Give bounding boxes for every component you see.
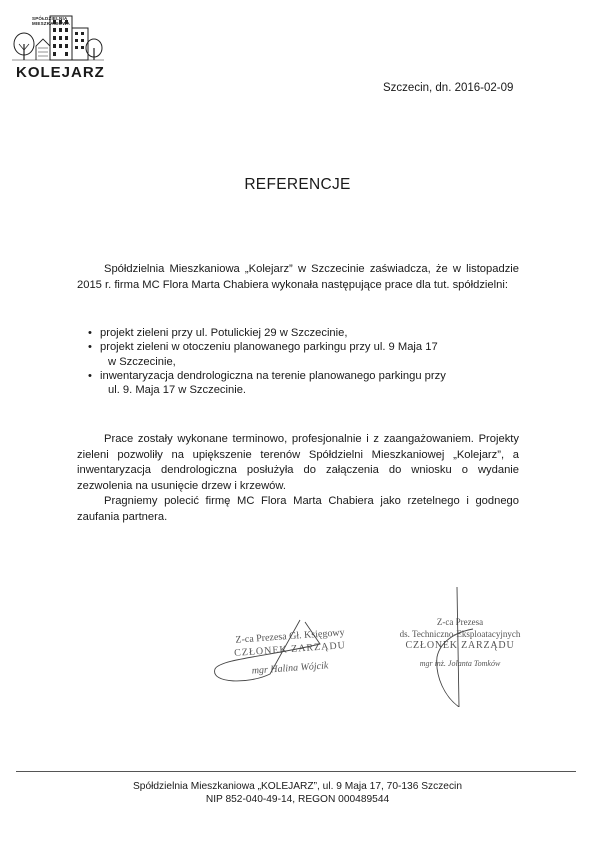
signature-scribble-right xyxy=(385,587,535,707)
signature-stamp-right: Z-ca Prezesa ds. Techniczno-Eksploatacyj… xyxy=(385,617,535,669)
list-item-continuation: w Szczecinie, xyxy=(100,355,528,369)
list-item: inwentaryzacja dendrologiczna na terenie… xyxy=(88,369,528,398)
signature-stamp-left: Z-ca Prezesa Gł. Księgowy CZŁONEK ZARZĄD… xyxy=(210,630,370,675)
list-item: projekt zieleni w otoczeniu planowanego … xyxy=(88,340,528,369)
signature-scribble-left xyxy=(190,614,350,694)
list-item-text: projekt zieleni przy ul. Potulickiej 29 … xyxy=(100,327,347,339)
footer: Spółdzielnia Mieszkaniowa „KOLEJARZ”, ul… xyxy=(0,780,595,806)
assessment-paragraph: Prace zostały wykonane terminowo, profes… xyxy=(77,432,519,494)
recommendation-paragraph: Pragniemy polecić firmę MC Flora Marta C… xyxy=(77,494,519,525)
footer-divider xyxy=(16,771,576,772)
document-date: Szczecin, dn. 2016-02-09 xyxy=(383,82,513,94)
intro-paragraph: Spółdzielnia Mieszkaniowa „Kolejarz” w S… xyxy=(77,262,519,293)
list-item: projekt zieleni przy ul. Potulickiej 29 … xyxy=(88,326,528,340)
list-item-continuation: ul. 9. Maja 17 w Szczecinie. xyxy=(100,383,528,397)
document-title: REFERENCJE xyxy=(0,176,595,194)
logo-name: KOLEJARZ xyxy=(16,64,105,81)
letterhead-logo: SPÓŁDZIELNIA MIESZKANIOWA KOLEJARZ xyxy=(12,14,104,84)
works-list: projekt zieleni przy ul. Potulickiej 29 … xyxy=(88,326,528,397)
logo-small-text: SPÓŁDZIELNIA MIESZKANIOWA xyxy=(32,16,70,26)
list-item-text: inwentaryzacja dendrologiczna na terenie… xyxy=(100,370,446,382)
footer-address: Spółdzielnia Mieszkaniowa „KOLEJARZ”, ul… xyxy=(0,780,595,793)
logo-small-line2: MIESZKANIOWA xyxy=(32,21,70,26)
footer-registration: NIP 852-040-49-14, REGON 000489544 xyxy=(0,793,595,806)
list-item-text: projekt zieleni w otoczeniu planowanego … xyxy=(100,341,438,353)
